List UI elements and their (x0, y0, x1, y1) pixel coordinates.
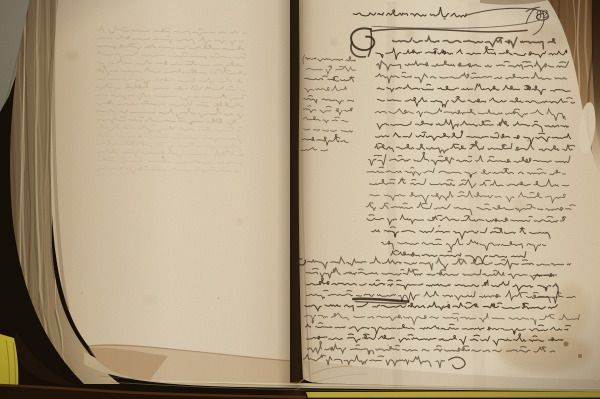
vignette-overlay (0, 0, 600, 399)
manuscript-photo: 82 (0, 0, 600, 399)
manuscript-svg: 82 (0, 0, 600, 399)
